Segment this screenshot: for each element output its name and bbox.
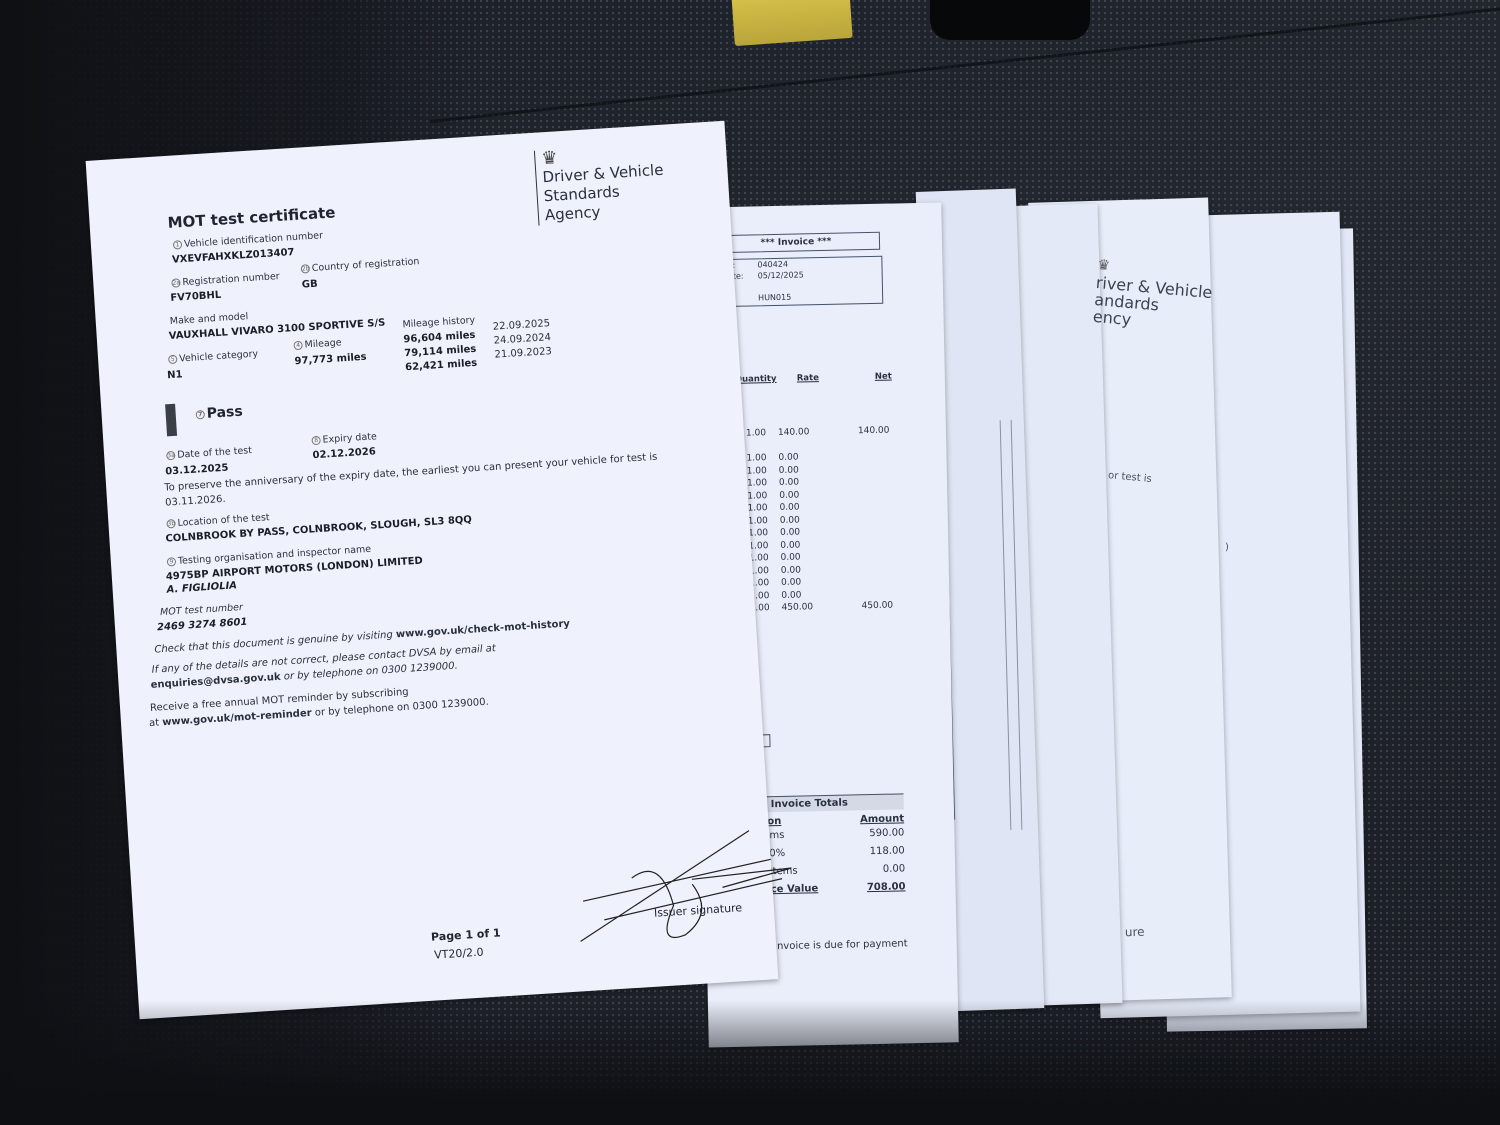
category-label: 5Vehicle category	[168, 349, 258, 366]
col-rate: Rate	[797, 373, 819, 383]
test-date-value: 03.12.2025	[165, 463, 229, 478]
vin-value: VXEVFAHXKLZ013407	[172, 247, 295, 266]
col-quantity: Quantity	[735, 374, 777, 385]
seat-shadow-bottom	[0, 1000, 1500, 1125]
result-bar	[165, 404, 177, 437]
registration-label: 2aRegistration number	[171, 271, 280, 289]
dvsa-logo-secondary: ♛ river & Vehicle andards ency	[1092, 257, 1214, 335]
page-number: Page 1 of 1	[431, 926, 501, 943]
check-mot-link[interactable]: www.gov.uk/check-mot-history	[396, 618, 571, 640]
expiry-label: 8Expiry date	[311, 431, 377, 446]
result: 7Pass	[195, 404, 243, 423]
test-date-label: 3aDate of the test	[166, 445, 252, 461]
invoice-line: 1.00450.00450.00	[750, 600, 920, 616]
vin-label: 1Vehicle identification number	[173, 230, 324, 250]
signature-fragment: ure	[1125, 925, 1145, 940]
seatbelt-buckle	[930, 0, 1090, 40]
invoice-columns: Quantity Rate Net	[735, 371, 905, 375]
mileage-history-miles: 79,114 miles	[404, 344, 477, 360]
mileage-history-date: 22.09.2025	[493, 318, 551, 333]
mileage-history-miles: 96,604 miles	[403, 330, 476, 346]
invoice-lines: 1.00140.00140.001.000.001.000.001.000.00…	[746, 425, 920, 616]
form-version: VT20/2.0	[434, 946, 484, 962]
category-value: N1	[167, 369, 183, 381]
yellow-tag	[731, 0, 852, 46]
page-title: MOT test certificate	[167, 203, 336, 232]
signature-scribble	[568, 808, 806, 952]
mileage-history-miles: 62,421 miles	[405, 358, 478, 374]
col-net: Net	[875, 372, 892, 382]
mileage-value: 97,773 miles	[294, 352, 367, 368]
mileage-history-date: 24.09.2024	[493, 332, 551, 347]
expiry-value: 02.12.2026	[312, 446, 376, 461]
mileage-history-label: Mileage history	[402, 315, 475, 331]
test-number-value: 2469 3274 8601	[157, 617, 248, 634]
mot-certificate: MOT test certificate ♛ Driver & Vehicle …	[86, 121, 779, 1019]
inspector-name: A. FIGLIOLIA	[166, 580, 237, 595]
location-label: 3bLocation of the test	[166, 512, 270, 529]
mileage-label: 4Mileage	[293, 337, 342, 351]
country-label: 2bCountry of registration	[301, 256, 420, 274]
preserve-note: To preserve the anniversary of the expir…	[164, 452, 658, 494]
text-fragment: )	[1225, 542, 1229, 553]
invoice-title: *** Invoice ***	[712, 232, 880, 254]
dvsa-logo: ♛ Driver & Vehicle Standards Agency	[534, 143, 667, 226]
due-note: n invoice is due for payment	[765, 938, 908, 952]
mileage-history-date: 21.09.2023	[494, 346, 552, 361]
country-value: GB	[302, 279, 319, 291]
test-number-label: MOT test number	[160, 602, 243, 618]
make-model-label: Make and model	[170, 311, 249, 327]
preserve-date: 03.11.2026.	[165, 494, 226, 509]
registration-value: FV70BHL	[170, 290, 221, 304]
